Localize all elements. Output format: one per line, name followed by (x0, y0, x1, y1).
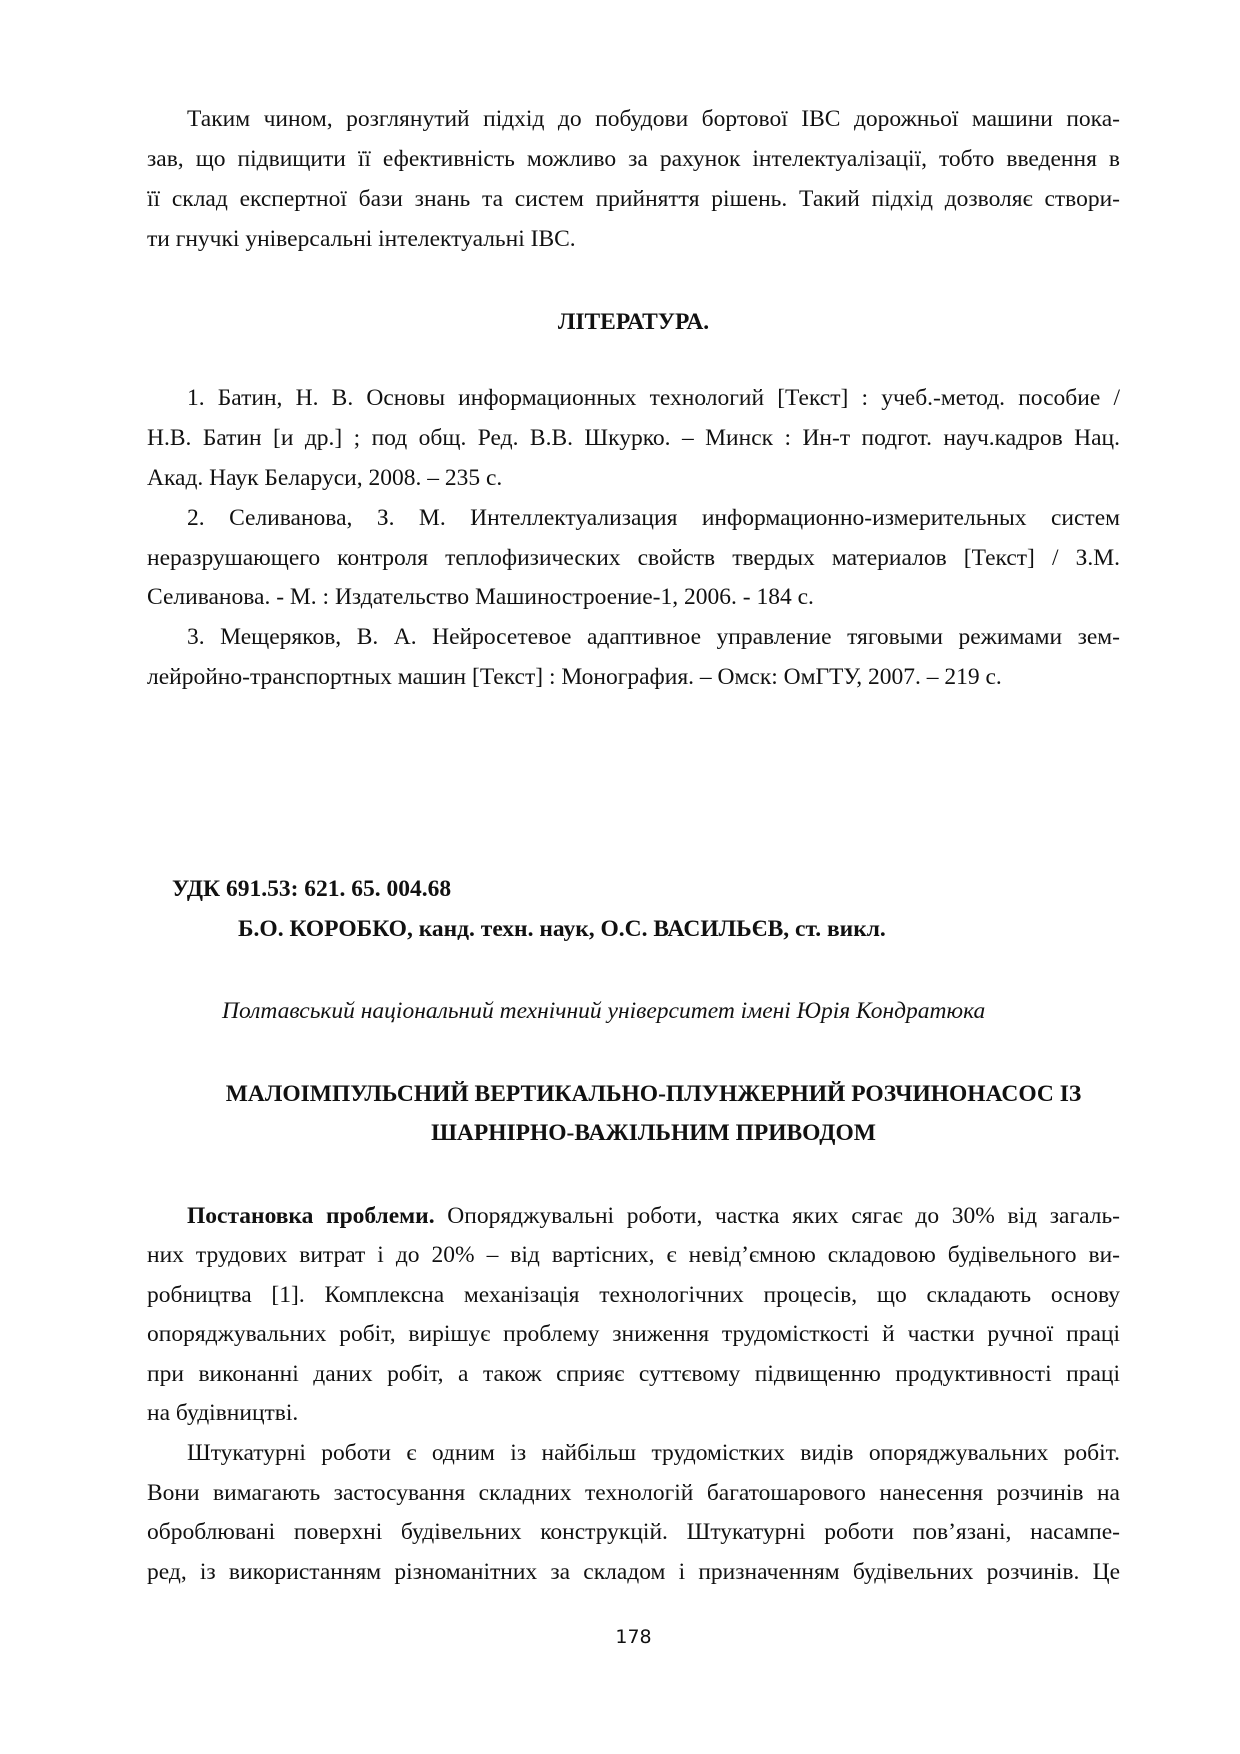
text-line: її склад експертної бази знань та систем… (147, 188, 1120, 212)
text-line: Акад. Наук Беларуси, 2008. – 235 с. (147, 467, 502, 491)
article-authors: Б.О. КОРОБКО, канд. техн. наук, О.С. ВАС… (238, 918, 886, 942)
text-line: 2. Селиванова, З. М. Интеллектуализация … (187, 507, 1120, 531)
text-line: зав, що підвищити її ефективність можлив… (147, 148, 1120, 172)
article-affiliation: Полтавський національний технічний уніве… (222, 1000, 985, 1024)
udc-code: УДК 691.53: 621. 65. 004.68 (172, 878, 451, 902)
text-line: Вони вимагають застосування складних тех… (147, 1482, 1120, 1506)
text-line: 1. Батин, Н. В. Основы информационных те… (187, 387, 1120, 411)
text-line: Таким чином, розглянутий підхід до побуд… (187, 108, 1120, 132)
article-title-line: МАЛОІМПУЛЬСНИЙ ВЕРТИКАЛЬНО-ПЛУНЖЕРНИЙ РО… (167, 1083, 1140, 1107)
problem-label: Постановка проблеми. (187, 1203, 435, 1229)
text-line: Штукатурні роботи є одним із найбільш тр… (187, 1442, 1120, 1466)
problem-text: Опоряджувальні роботи, частка яких сягає… (435, 1203, 1120, 1229)
text-line: ти гнучкі універсальні інтелектуальні ІВ… (147, 228, 576, 252)
text-line: Селиванова. - М. : Издательство Машиност… (147, 586, 814, 610)
text-line: Н.В. Батин [и др.] ; под общ. Ред. В.В. … (147, 427, 1120, 451)
references-heading: ЛІТЕРАТУРА. (147, 311, 1120, 335)
article-title-line: ШАРНІРНО-ВАЖІЛЬНИМ ПРИВОДОМ (167, 1122, 1140, 1146)
document-page: Таким чином, розглянутий підхід до побуд… (0, 0, 1240, 1754)
text-line: робництва [1]. Комплексна механізація те… (147, 1284, 1120, 1308)
text-line: оброблювані поверхні будівельних констру… (147, 1521, 1120, 1545)
text-line: неразрушающего контроля теплофизических … (147, 547, 1120, 571)
text-line: при виконанні даних робіт, а також сприя… (147, 1363, 1120, 1387)
text-line: на будівництві. (147, 1402, 298, 1426)
text-line: лейройно-транспортных машин [Текст] : Мо… (147, 666, 1002, 690)
text-line: 3. Мещеряков, В. А. Нейросетевое адаптив… (187, 626, 1120, 650)
page-number: 178 (147, 1628, 1120, 1647)
text-line: Постановка проблеми. Опоряджувальні робо… (187, 1205, 1120, 1229)
text-line: опоряджувальних робіт, вирішує проблему … (147, 1323, 1120, 1347)
text-line: ред, із використанням різноманітних за с… (147, 1561, 1120, 1585)
text-line: них трудових витрат і до 20% – від варті… (147, 1244, 1120, 1268)
